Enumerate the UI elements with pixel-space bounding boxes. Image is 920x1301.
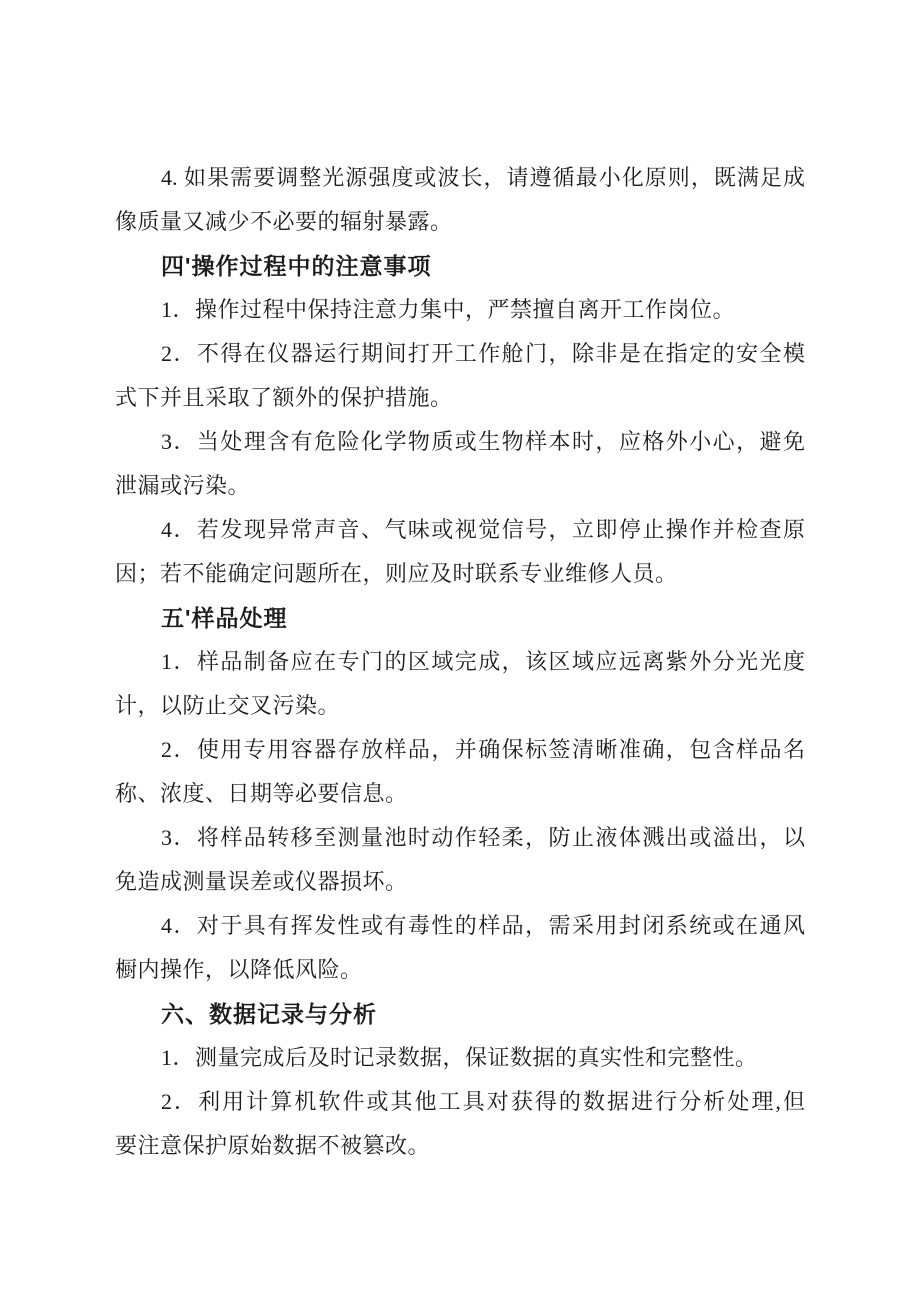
paragraph-line: 1．样品制备应在专门的区域完成，该区域应远离紫外分光光度	[115, 640, 805, 684]
paragraph-line: 2．利用计算机软件或其他工具对获得的数据进行分析处理,但	[115, 1080, 805, 1124]
paragraph-line: 4．若发现异常声音、气味或视觉信号，立即停止操作并检查原	[115, 508, 805, 552]
paragraph-line: 3．将样品转移至测量池时动作轻柔，防止液体溅出或溢出，以	[115, 816, 805, 860]
section-heading: 五'样品处理	[115, 596, 805, 640]
paragraph-line: 1．测量完成后及时记录数据，保证数据的真实性和完整性。	[115, 1036, 805, 1080]
paragraph-line: 式下并且采取了额外的保护措施。	[115, 376, 805, 420]
paragraph-line: 2．使用专用容器存放样品，并确保标签清晰准确，包含样品名	[115, 728, 805, 772]
paragraph-line: 3．当处理含有危险化学物质或生物样本时，应格外小心，避免	[115, 420, 805, 464]
paragraph-line: 1．操作过程中保持注意力集中，严禁擅自离开工作岗位。	[115, 288, 805, 332]
paragraph-line: 4．对于具有挥发性或有毒性的样品，需采用封闭系统或在通风	[115, 904, 805, 948]
paragraph-line: 因；若不能确定问题所在，则应及时联系专业维修人员。	[115, 552, 805, 596]
paragraph-line: 称、浓度、日期等必要信息。	[115, 772, 805, 816]
paragraph-line: 计，以防止交叉污染。	[115, 684, 805, 728]
paragraph-line: 像质量又减少不必要的辐射暴露。	[115, 200, 805, 244]
paragraph-line: 免造成测量误差或仪器损坏。	[115, 860, 805, 904]
section-heading: 四'操作过程中的注意事项	[115, 244, 805, 288]
paragraph-line: 要注意保护原始数据不被篡改。	[115, 1124, 805, 1168]
section-heading: 六、数据记录与分析	[115, 992, 805, 1036]
paragraph-line: 2．不得在仪器运行期间打开工作舱门，除非是在指定的安全模	[115, 332, 805, 376]
paragraph-line: 橱内操作，以降低风险。	[115, 948, 805, 992]
paragraph-line: 泄漏或污染。	[115, 464, 805, 508]
paragraph-line: 4. 如果需要调整光源强度或波长，请遵循最小化原则，既满足成	[115, 156, 805, 200]
document-page: 4. 如果需要调整光源强度或波长，请遵循最小化原则，既满足成 像质量又减少不必要…	[115, 156, 805, 1168]
